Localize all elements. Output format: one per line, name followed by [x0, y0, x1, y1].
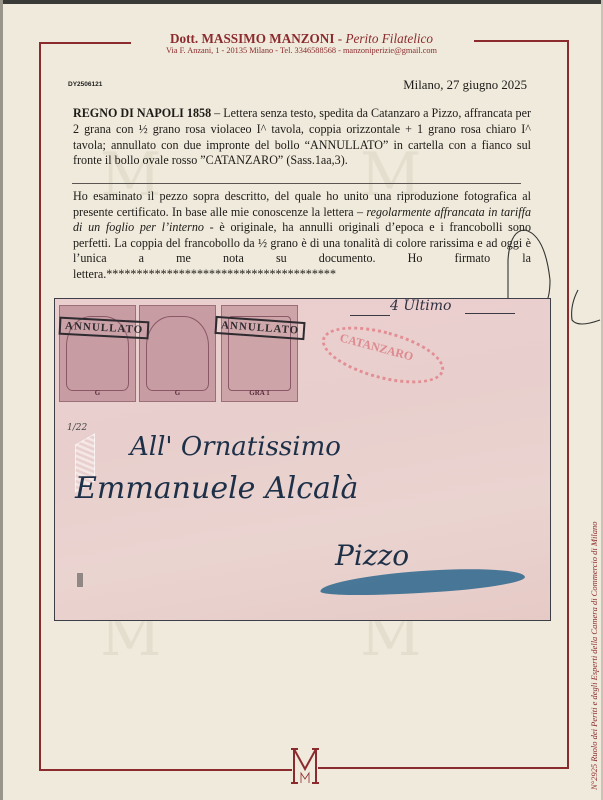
stamp-value: G — [140, 389, 215, 397]
expert-role: Perito Filatelico — [345, 31, 433, 46]
handwritten-note: 4 Ultimo — [390, 298, 451, 314]
mm-monogram-logo-icon: M — [290, 745, 320, 787]
description-title: REGNO DI NAPOLI 1858 — [73, 106, 211, 120]
expert-full-name: MASSIMO MANZONI — [201, 31, 334, 46]
certificate-date: Milano, 27 giugno 2025 — [403, 78, 527, 93]
frame-bottom-left — [40, 769, 292, 771]
name-separator: - — [334, 31, 345, 46]
scan-left-edge — [0, 0, 3, 800]
frame-bottom-right — [318, 767, 569, 769]
stamp-value: G — [60, 389, 135, 397]
cover-photo: G G GRA 1 ANNULLATO ANNULLATO CATANZARO … — [54, 298, 551, 621]
address-salutation: All' Ornatissimo — [130, 432, 341, 462]
expert-opinion: Ho esaminato il pezzo sopra descritto, d… — [73, 189, 531, 283]
catanzaro-oval-cancel: CATANZARO — [316, 316, 450, 395]
expert-name: Dott. MASSIMO MANZONI - Perito Filatelic… — [0, 31, 603, 47]
section-divider — [72, 183, 521, 184]
pen-line — [350, 315, 390, 316]
stamp-half-grano-2: G — [139, 305, 216, 402]
item-description: REGNO DI NAPOLI 1858 – Lettera senza tes… — [73, 106, 531, 169]
frame-right — [567, 40, 569, 768]
scan-top-edge — [0, 0, 603, 4]
pen-line — [465, 313, 515, 314]
reference-number: 1/22 — [67, 423, 87, 433]
expert-signature-mark-icon — [77, 573, 83, 587]
title-prefix: Dott. — [170, 31, 198, 46]
address-recipient: Emmanuele Alcalà — [75, 471, 358, 506]
certificate-id: DY2506121 — [68, 81, 102, 88]
address-destination: Pizzo — [335, 539, 409, 572]
registration-note: N°2925 Ruolo dei Periti e degli Esperti … — [589, 522, 599, 790]
expert-address: Via F. Anzani, 1 - 20135 Milano - Tel. 3… — [0, 46, 603, 55]
frame-left — [39, 42, 41, 771]
svg-text:M: M — [305, 784, 306, 786]
stamp-value: GRA 1 — [222, 389, 297, 397]
oval-cancel-text: CATANZARO — [338, 331, 415, 365]
opinion-filler-stars: ************************************** — [106, 267, 336, 281]
stamp-coat-of-arms-icon — [146, 316, 209, 391]
